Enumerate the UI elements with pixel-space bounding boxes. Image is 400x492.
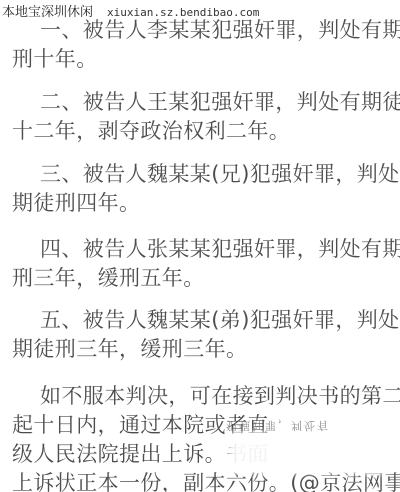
paragraph-line: 如不服本判决，可在接到判决书的第二日 bbox=[12, 382, 392, 411]
site-watermark: 本地宝深圳休闲xiuxian.sz.bendibao.com bbox=[2, 6, 259, 20]
paragraph-line: 三、被告人魏某某(兄)犯强奸罪，判处有 bbox=[12, 160, 392, 189]
paragraph-line: 一、被告人李某某犯强奸罪，判处有期徒 bbox=[12, 16, 392, 45]
verdict-paragraph-2: 二、被告人王某犯强奸罪，判处有期徒刑 十二年，剥夺政治权利二年。 bbox=[12, 88, 392, 146]
paragraph-line: 四、被告人张某某犯强奸罪，判处有期徒 bbox=[12, 235, 392, 264]
blurred-overlay-region bbox=[230, 432, 388, 474]
verdict-paragraph-5: 五、被告人魏某某(弟)犯强奸罪，判处有 期徒刑三年，缓刑三年。 bbox=[12, 306, 392, 364]
paragraph-line: 刑十年。 bbox=[12, 45, 392, 74]
paragraph-line: 二、被告人王某犯强奸罪，判处有期徒刑 bbox=[12, 88, 392, 117]
paragraph-line: 期徒刑四年。 bbox=[12, 189, 392, 218]
verdict-paragraph-3: 三、被告人魏某某(兄)犯强奸罪，判处有 期徒刑四年。 bbox=[12, 160, 392, 218]
paragraph-line: 十二年，剥夺政治权利二年。 bbox=[12, 117, 392, 146]
verdict-paragraph-4: 四、被告人张某某犯强奸罪，判处有期徒 刑三年，缓刑五年。 bbox=[12, 235, 392, 293]
verdict-paragraph-1: 一、被告人李某某犯强奸罪，判处有期徒 刑十年。 bbox=[12, 16, 392, 74]
watermark-site-name: 本地宝深圳休闲 bbox=[2, 5, 93, 20]
watermark-url: xiuxian.sz.bendibao.com bbox=[107, 6, 259, 19]
paragraph-line: 五、被告人魏某某(弟)犯强奸罪，判处有 bbox=[12, 306, 392, 335]
paragraph-line: 刑三年，缓刑五年。 bbox=[12, 264, 392, 293]
overlay-ghost-text: 犯强奸罪，判处有 bbox=[226, 418, 330, 434]
paragraph-line: 期徒刑三年，缓刑三年。 bbox=[12, 335, 392, 364]
